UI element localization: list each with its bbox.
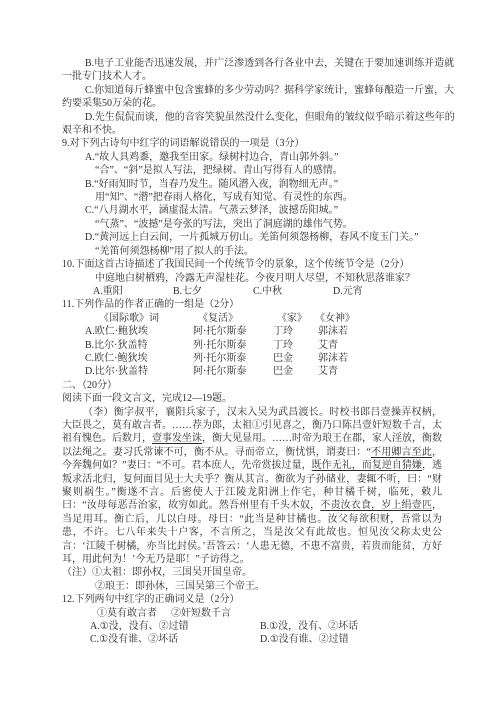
option-line: C.你知道每斤蜂蜜中包含蜜蜂的多少劳动吗？据科学家统计，蜜蜂每酿造一斤蜜，大 (62, 84, 442, 97)
q11-cell: A.欧仁·鲍狄埃 (85, 325, 193, 338)
option-line: 一批专门技术人才。 (62, 70, 442, 83)
q12-phrases-row: ①莫有敢言者 ②奸短数千言 (62, 607, 442, 620)
q12-phrase-1: ①莫有敢言者 (97, 607, 157, 620)
q12-options-row-2: C.①没有谁、②坏话 D.①没有谁、②过错 (62, 633, 442, 646)
note-line-2: ②琅王：即孙休，三国吴第三个帝王。 (62, 580, 442, 593)
q12-option-b: B.①没，没有、②坏话 (260, 620, 358, 633)
option-line: 约要采集50万朵的花。 (62, 97, 442, 110)
q9-option-a: A.“故人具鸡黍，邀我至田家。绿树村边合，青山郭外斜。” (62, 151, 442, 164)
q11-cell: 巴金 (273, 352, 318, 365)
section-two-intro: 阅读下面一段文言文，完成12—19题。 (62, 392, 442, 405)
q11-cell: B.比尔·狄盖特 (85, 339, 193, 352)
section-two-heading: 二、（20分） (62, 379, 442, 392)
q11-cell: 列·托尔斯泰 (193, 339, 273, 352)
q11-cell: 艾青 (318, 365, 338, 378)
q11-header-col: 《国际歌》词 (99, 312, 198, 325)
q10-option-c: C.中秋 (253, 285, 333, 298)
q9-stem: 9.对下列古诗句中红字的词语解说错误的一项是（3分） (62, 137, 442, 150)
q12-option-a: A.①没，没有、②过错 (90, 620, 260, 633)
q11-option-d: D.比尔·狄盖特 阿·托尔斯泰 巴金 艾青 (62, 365, 442, 378)
q9-option-c-note: “气蒸”、“波撼”是夸张的写法，突出了洞庭湖的雄伟气势。 (62, 218, 442, 231)
q11-cell: 郭沫若 (318, 325, 348, 338)
q12-options-row-1: A.①没，没有、②过错 B.①没，没有、②坏话 (62, 620, 442, 633)
classical-passage: （李）衡字叔平，襄阳兵家子，汉末入吴为武昌渡长。时校书郎吕壹操弄权柄，大臣畏之，… (62, 406, 442, 567)
q11-cell: 巴金 (273, 365, 318, 378)
q11-cell: 丁玲 (273, 325, 318, 338)
q11-cell: 列·托尔斯泰 (193, 352, 273, 365)
exam-page: B.电子工业能否迅速发展，并广泛渗透到各行各业中去，关键在于要加速训练并造就 一… (0, 0, 500, 707)
q12-option-d: D.①没有谁、②过错 (260, 633, 349, 646)
q10-option-a: A.重阳 (93, 285, 173, 298)
q11-option-b: B.比尔·狄盖特 列·托尔斯泰 丁玲 艾青 (62, 339, 442, 352)
q11-cell: C.欧仁·鲍狄埃 (85, 352, 193, 365)
q10-options-row: A.重阳 B.七夕 C.中秋 D.元宵 (62, 285, 442, 298)
q11-option-c: C.欧仁·鲍狄埃 列·托尔斯泰 巴金 郭沫若 (62, 352, 442, 365)
q11-cell: 艾青 (318, 339, 338, 352)
q11-cell: 阿·托尔斯泰 (193, 325, 273, 338)
q12-phrase-2: ②奸短数千言 (171, 607, 231, 620)
q10-option-b: B.七夕 (173, 285, 253, 298)
q12-stem: 12.下列两句中红字的正确词义是（2分） (62, 593, 442, 606)
q11-cell: D.比尔·狄盖特 (85, 365, 193, 378)
note-line-1: （注）①太祖：即孙权，三国吴开国皇帝。 (62, 566, 442, 579)
q11-cell: 丁玲 (273, 339, 318, 352)
q9-option-d-note: “羌笛何须怨杨柳”用了拟人的手法。 (62, 245, 442, 258)
q12-option-c: C.①没有谁、②坏话 (90, 633, 260, 646)
q11-cell: 郭沫若 (318, 352, 348, 365)
q11-option-a: A.欧仁·鲍狄埃 阿·托尔斯泰 丁玲 郭沫若 (62, 325, 442, 338)
option-line: B.电子工业能否迅速发展，并广泛渗透到各行各业中去，关键在于要加速训练并造就 (62, 57, 442, 70)
q11-header-row: 《国际歌》词 《复活》 《家》 《女神》 (62, 312, 442, 325)
option-line: 艰辛和不快。 (62, 124, 442, 137)
q10-option-d: D.元宵 (333, 285, 413, 298)
q9-option-a-note: “合”、“斜”是拟人写法，把绿树、青山写得有人的感情。 (62, 164, 442, 177)
q9-option-b: B.“好雨知时节，当春乃发生。随风潜入夜，润物细无声。” (62, 178, 442, 191)
q11-stem: 11.下列作品的作者正确的一组是（2分） (62, 298, 442, 311)
q11-cell: 阿·托尔斯泰 (193, 365, 273, 378)
q10-stem: 10.下面这首古诗描述了我国民间一个传统节令的景象，这个传统节令是（2分） (62, 258, 442, 271)
q9-option-b-note: 用“知”、“潜”把春雨人格化，写成有知觉、有灵性的东西。 (62, 191, 442, 204)
q10-poem: 中庭地白树栖鸦，冷露无声湿桂花。今夜月明人尽望，不知秋思落谁家？ (62, 272, 442, 285)
q11-header-col: 《复活》 (198, 312, 277, 325)
q11-header-col: 《家》 (277, 312, 315, 325)
q9-option-c: C.“八月湖水平，涵虚混太清。气蒸云梦泽，波撼岳阳城。” (62, 204, 442, 217)
option-line: D.先生侃侃而谈，他的音容笑貌虽然没什么变化，但眼角的皱纹似乎暗示着这些年的 (62, 111, 442, 124)
q9-option-d: D.“黄河远上白云间，一片孤城万仞山。羌笛何须怨杨柳，春风不度玉门关。” (62, 231, 442, 244)
q11-header-col: 《女神》 (315, 312, 355, 325)
exam-content: B.电子工业能否迅速发展，并广泛渗透到各行各业中去，关键在于要加速训练并造就 一… (62, 57, 442, 647)
